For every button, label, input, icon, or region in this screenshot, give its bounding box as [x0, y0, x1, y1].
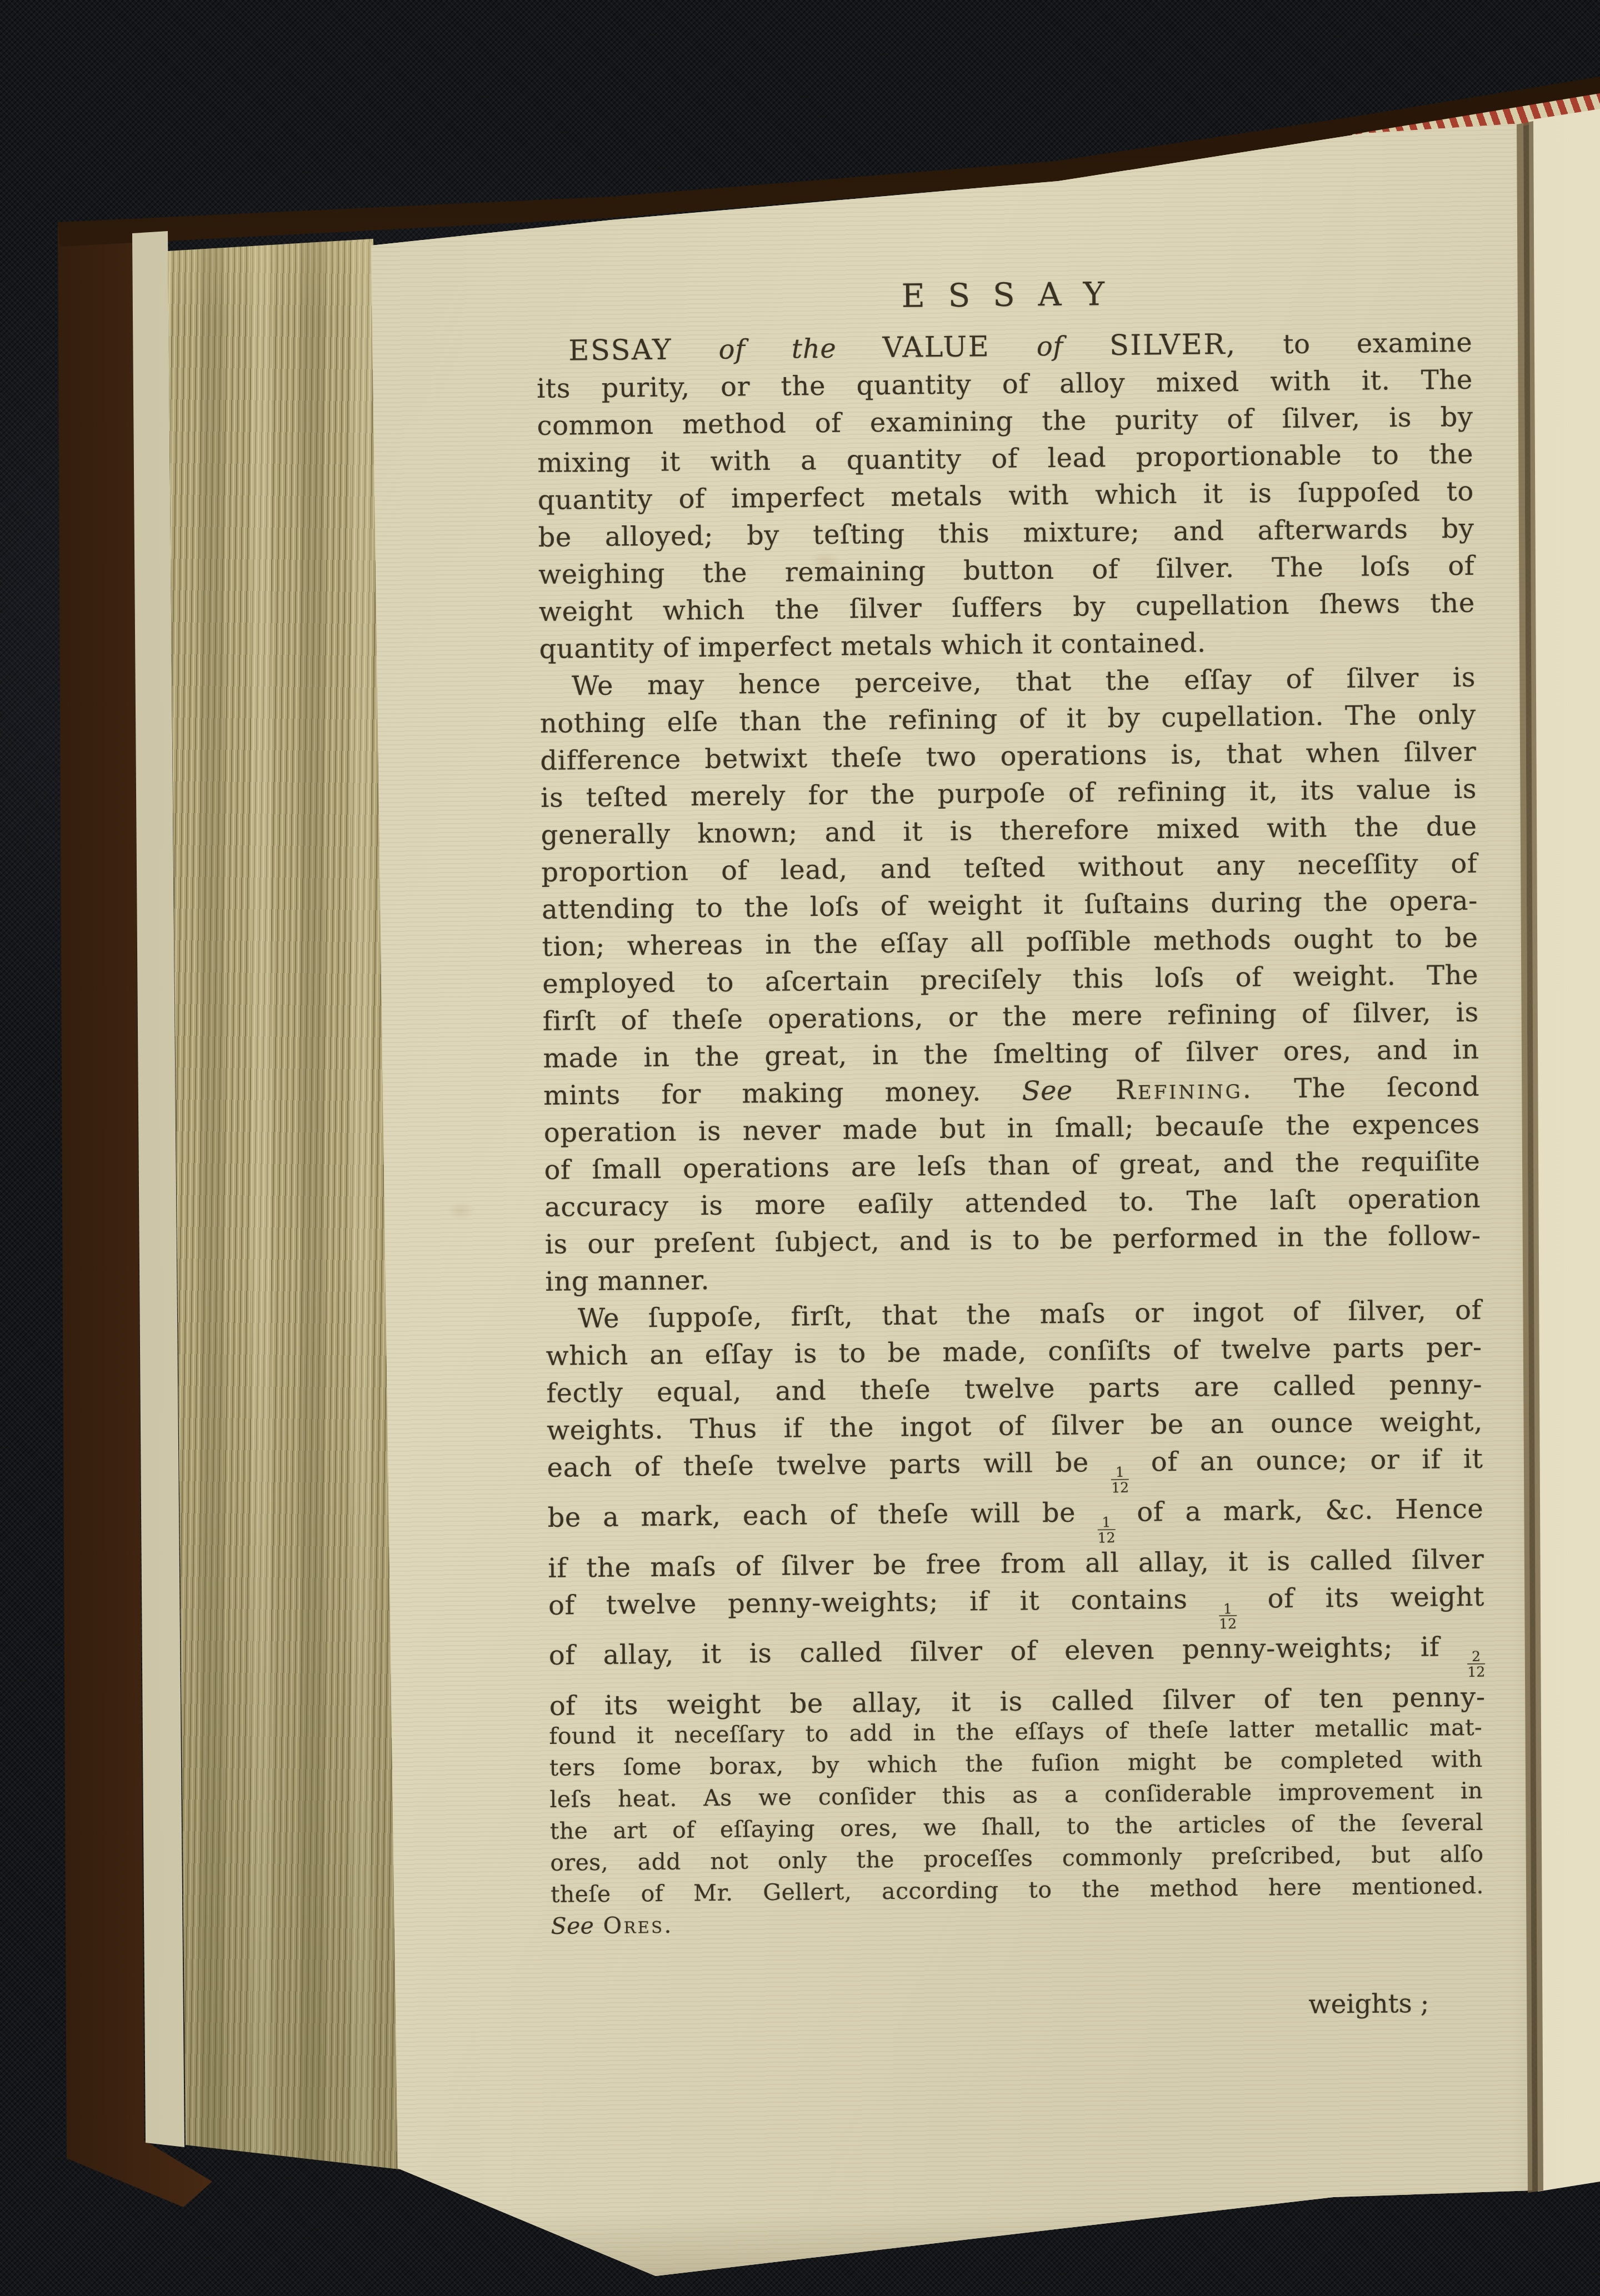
text-line: be a mark, each of theſe will be 112 of … — [547, 1491, 1484, 1550]
book-photograph: ESSAY ESSAY of the VALUE of SILVER, to e… — [0, 0, 1600, 2296]
text-line: of allay, it is called ſilver of eleven … — [549, 1628, 1486, 1688]
text-line: of twelve penny-weights; if it contains … — [548, 1578, 1485, 1637]
catchword: weights ; — [1308, 1988, 1429, 2020]
body-text: ESSAY of the VALUE of SILVER, to examine… — [536, 323, 1486, 1725]
text-line: each of theſe twelve parts will be 112 o… — [547, 1441, 1483, 1500]
footnote-text: found it neceſſary to add in the eſſays … — [549, 1712, 1484, 1942]
